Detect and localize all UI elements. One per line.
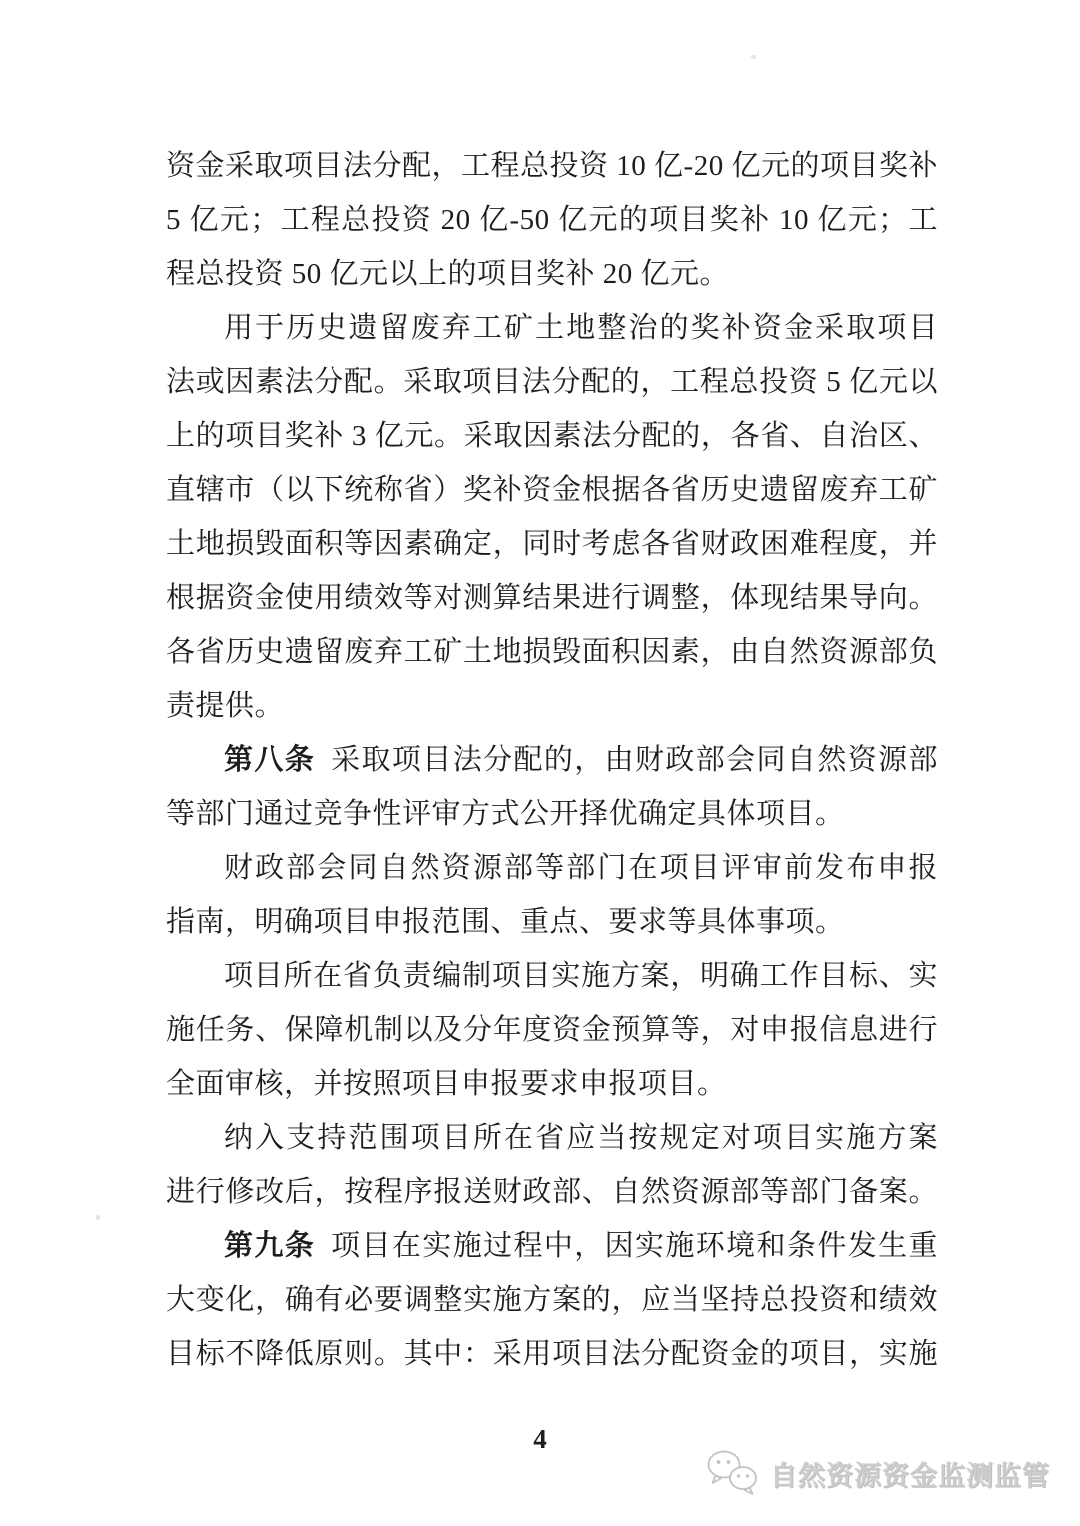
line-text: 指南，明确项目申报范围、重点、要求等具体事项。 [166,906,845,938]
text-line: 进行修改后，按程序报送财政部、自然资源部等部门备案。 [166,1165,938,1219]
text-line: 上的项目奖补 3 亿元。采取因素法分配的，各省、自治区、 [166,409,938,463]
line-text: 等部门通过竞争性评审方式公开择优确定具体项目。 [166,798,845,830]
text-line: 各省历史遗留废弃工矿土地损毁面积因素，由自然资源部负 [166,625,938,679]
line-text: 上的项目奖补 3 亿元。采取因素法分配的，各省、自治区、 [166,420,938,452]
line-text: 责提供。 [166,690,284,722]
text-line: 财政部会同自然资源部等部门在项目评审前发布申报 [166,841,938,895]
text-line: 用于历史遗留废弃工矿土地整治的奖补资金采取项目 [166,301,938,355]
text-line: 指南，明确项目申报范围、重点、要求等具体事项。 [166,895,938,949]
text-line: 等部门通过竞争性评审方式公开择优确定具体项目。 [166,787,938,841]
text-line: 纳入支持范围项目所在省应当按规定对项目实施方案 [166,1111,938,1165]
text-line: 程总投资 50 亿元以上的项目奖补 20 亿元。 [166,247,938,301]
article-eight-label: 第八条 [224,744,315,776]
watermark: 自然资源资金监测监管 [705,1449,1050,1497]
line-text: 5 亿元；工程总投资 20 亿-50 亿元的项目奖补 10 亿元；工 [166,204,938,236]
line-text: 全面审核，并按照项目申报要求申报项目。 [166,1068,727,1100]
text-line: 责提供。 [166,679,938,733]
scan-speck [96,1215,100,1220]
text-line: 直辖市（以下统称省）奖补资金根据各省历史遗留废弃工矿 [166,463,938,517]
text-line: 法或因素法分配。采取项目法分配的，工程总投资 5 亿元以 [166,355,938,409]
line-text: 施任务、保障机制以及分年度资金预算等，对申报信息进行 [166,1014,938,1046]
scan-speck [751,55,756,59]
line-text: 根据资金使用绩效等对测算结果进行调整，体现结果导向。 [166,582,938,614]
line-text: 大变化，确有必要调整实施方案的，应当坚持总投资和绩效 [166,1284,938,1316]
wechat-logo-icon [705,1449,761,1497]
text-line: 施任务、保障机制以及分年度资金预算等，对申报信息进行 [166,1003,938,1057]
line-text: 目标不降低原则。其中：采用项目法分配资金的项目，实施 [166,1338,938,1370]
document-page: 资金采取项目法分配，工程总投资 10 亿-20 亿元的项目奖补 5 亿元；工程总… [0,0,1080,1526]
article-nine-label: 第九条 [224,1230,315,1262]
text-line: 土地损毁面积等因素确定，同时考虑各省财政困难程度，并 [166,517,938,571]
line-text: 财政部会同自然资源部等部门在项目评审前发布申报 [224,852,938,884]
watermark-text: 自然资源资金监测监管 [770,1454,1050,1493]
line-text: 用于历史遗留废弃工矿土地整治的奖补资金采取项目 [224,312,938,344]
line-text: 纳入支持范围项目所在省应当按规定对项目实施方案 [224,1122,938,1154]
text-line: 全面审核，并按照项目申报要求申报项目。 [166,1057,938,1111]
text-line: 5 亿元；工程总投资 20 亿-50 亿元的项目奖补 10 亿元；工 [166,193,938,247]
line-text: 土地损毁面积等因素确定，同时考虑各省财政困难程度，并 [166,528,938,560]
text-line: 项目所在省负责编制项目实施方案，明确工作目标、实 [166,949,938,1003]
line-text: 直辖市（以下统称省）奖补资金根据各省历史遗留废弃工矿 [166,474,938,506]
text-line: 目标不降低原则。其中：采用项目法分配资金的项目，实施 [166,1327,938,1381]
line-text: 程总投资 50 亿元以上的项目奖补 20 亿元。 [166,258,729,290]
line-text: 采取项目法分配的，由财政部会同自然资源部 [331,744,938,776]
line-text: 项目在实施过程中，因实施环境和条件发生重 [331,1230,938,1262]
line-text: 资金采取项目法分配，工程总投资 10 亿-20 亿元的项目奖补 [166,150,938,182]
text-line: 大变化，确有必要调整实施方案的，应当坚持总投资和绩效 [166,1273,938,1327]
text-line: 第九条项目在实施过程中，因实施环境和条件发生重 [166,1219,938,1273]
text-line: 资金采取项目法分配，工程总投资 10 亿-20 亿元的项目奖补 [166,139,938,193]
document-body: 资金采取项目法分配，工程总投资 10 亿-20 亿元的项目奖补 5 亿元；工程总… [166,139,938,1381]
line-text: 进行修改后，按程序报送财政部、自然资源部等部门备案。 [166,1176,938,1208]
text-line: 根据资金使用绩效等对测算结果进行调整，体现结果导向。 [166,571,938,625]
line-text: 法或因素法分配。采取项目法分配的，工程总投资 5 亿元以 [166,366,938,398]
text-line: 第八条采取项目法分配的，由财政部会同自然资源部 [166,733,938,787]
line-text: 各省历史遗留废弃工矿土地损毁面积因素，由自然资源部负 [166,636,938,668]
line-text: 项目所在省负责编制项目实施方案，明确工作目标、实 [224,960,938,992]
